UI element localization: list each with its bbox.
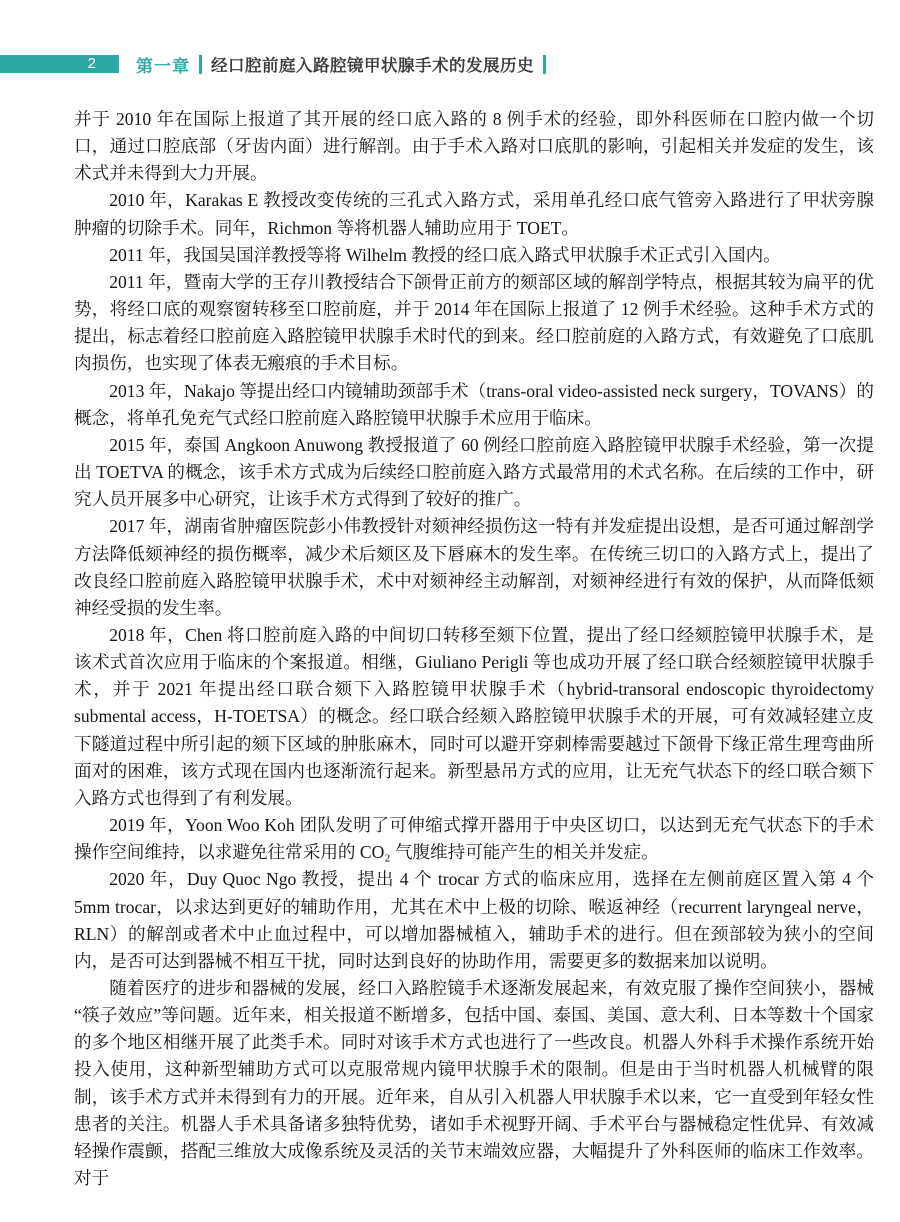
chapter-heading: 第一章 经口腔前庭入路腔镜甲状腺手术的发展历史	[136, 53, 546, 75]
paragraph: 并于 2010 年在国际上报道了其开展的经口底入路的 8 例手术的经验，即外科医…	[74, 106, 874, 187]
paragraph: 2019 年，Yoon Woo Koh 团队发明了可伸缩式撑开器用于中央区切口，…	[74, 812, 874, 866]
paragraph: 2020 年，Duy Quoc Ngo 教授，提出 4 个 trocar 方式的…	[74, 866, 874, 975]
paragraph: 2015 年，泰国 Angkoon Anuwong 教授报道了 60 例经口腔前…	[74, 432, 874, 513]
separator-bar	[543, 55, 546, 74]
paragraph: 2011 年，我国吴国洋教授等将 Wilhelm 教授的经口底入路式甲状腺手术正…	[74, 242, 874, 269]
page-number: 2	[88, 55, 96, 72]
page-number-bar: 2	[0, 55, 119, 73]
book-page: 2 第一章 经口腔前庭入路腔镜甲状腺手术的发展历史 并于 2010 年在国际上报…	[0, 0, 900, 1222]
paragraph: 随着医疗的进步和器械的发展，经口入路腔镜手术逐渐发展起来，有效克服了操作空间狭小…	[74, 975, 874, 1192]
chapter-title: 经口腔前庭入路腔镜甲状腺手术的发展历史	[211, 52, 534, 76]
article-body: 并于 2010 年在国际上报道了其开展的经口底入路的 8 例手术的经验，即外科医…	[74, 106, 874, 1192]
chapter-label: 第一章	[136, 52, 190, 77]
paragraph: 2017 年，湖南省肿瘤医院彭小伟教授针对颏神经损伤这一特有并发症提出设想，是否…	[74, 513, 874, 622]
running-head: 2 第一章 经口腔前庭入路腔镜甲状腺手术的发展历史	[0, 54, 900, 76]
paragraph: 2013 年，Nakajo 等提出经口内镜辅助颈部手术（trans-oral v…	[74, 378, 874, 432]
paragraph: 2011 年，暨南大学的王存川教授结合下颌骨正前方的颏部区域的解剖学特点，根据其…	[74, 269, 874, 378]
paragraph: 2010 年，Karakas E 教授改变传统的三孔式入路方式，采用单孔经口底气…	[74, 187, 874, 241]
paragraph: 2018 年，Chen 将口腔前庭入路的中间切口转移至颏下位置，提出了经口经颏腔…	[74, 622, 874, 812]
separator-bar	[199, 55, 202, 74]
